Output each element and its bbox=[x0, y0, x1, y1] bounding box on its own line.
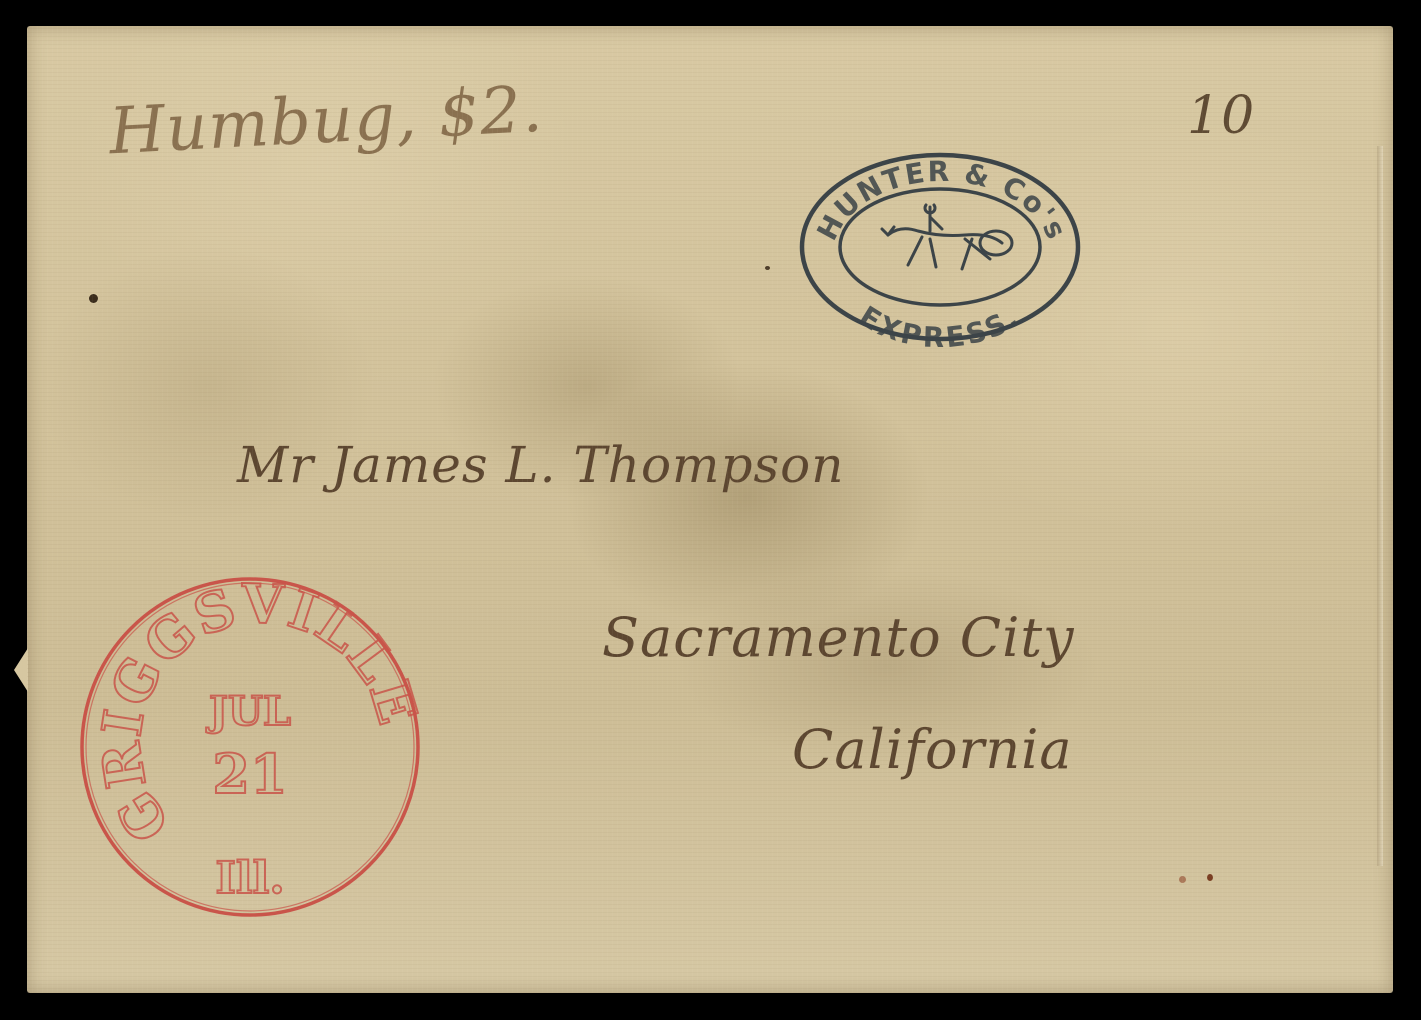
ink-spot bbox=[89, 294, 98, 303]
fold-edge bbox=[1377, 146, 1383, 866]
postmark-month: JUL bbox=[206, 688, 291, 735]
express-top-text: HUNTER & Co's bbox=[810, 155, 1073, 246]
address-state: California bbox=[792, 718, 1073, 781]
foxing-spot bbox=[1207, 874, 1213, 881]
horse-and-rider-icon bbox=[882, 205, 1012, 269]
foxing-spot bbox=[765, 266, 770, 270]
address-recipient: Mr James L. Thompson bbox=[237, 436, 844, 494]
griggsville-postmark: GRIGGSVILLE JUL 21 Ill. bbox=[78, 575, 428, 925]
manuscript-rate-note: Humbug, $2. bbox=[107, 73, 545, 170]
address-city: Sacramento City bbox=[602, 606, 1075, 669]
paper-tear bbox=[14, 648, 28, 692]
express-handstamp: HUNTER & Co's EXPRESS. bbox=[790, 147, 1090, 347]
foxing-spot bbox=[1179, 876, 1186, 883]
manuscript-rate-number: 10 bbox=[1187, 86, 1255, 146]
postmark-state: Ill. bbox=[215, 853, 284, 904]
postmark-day: 21 bbox=[212, 742, 287, 806]
